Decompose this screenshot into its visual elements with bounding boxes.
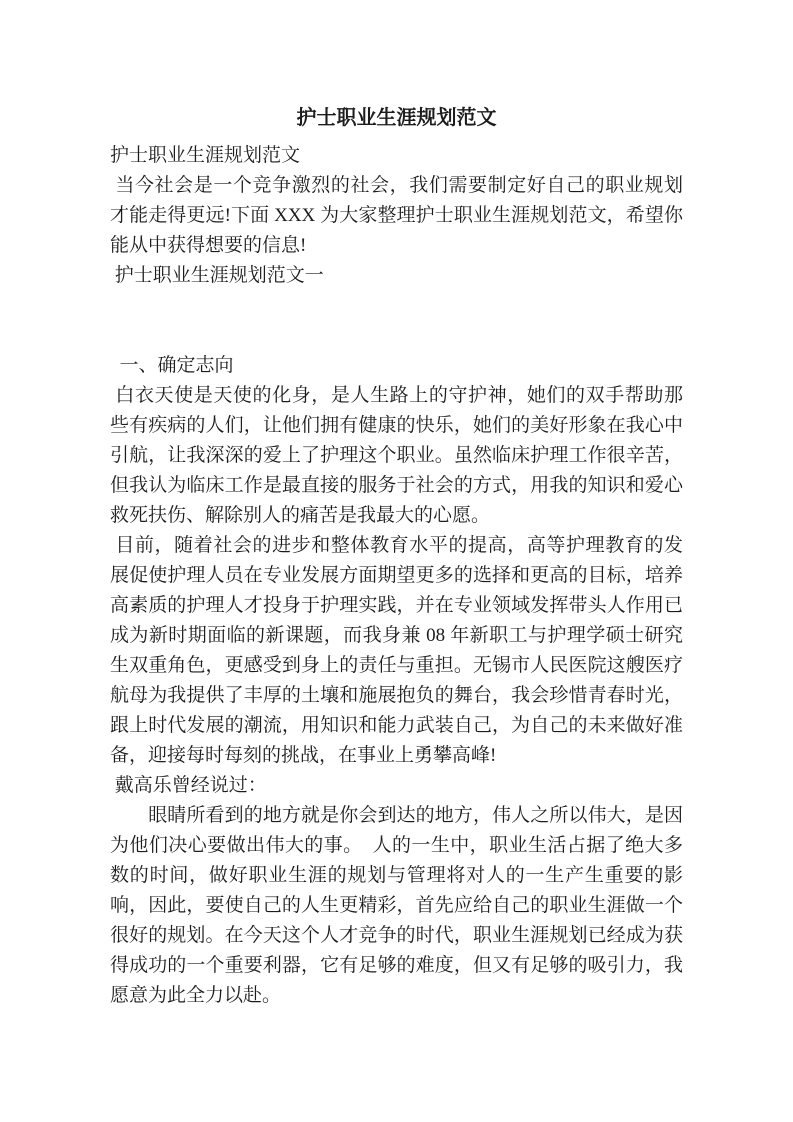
paragraph-angel: 白衣天使是天使的化身，是人生路上的守护神，她们的双手帮助那些有疾病的人们，让他们… <box>110 381 683 531</box>
document-page: 护士职业生涯规划范文 护士职业生涯规划范文 当今社会是一个竞争激烈的社会，我们需… <box>0 0 793 1122</box>
paragraph-intro: 当今社会是一个竞争激烈的社会，我们需要制定好自己的职业规划才能走得更远!下面 X… <box>110 171 683 261</box>
blank-line <box>110 291 683 321</box>
blank-line <box>110 321 683 351</box>
paragraph-quote-and-career: 眼睛所看到的地方就是你会到达的地方，伟人之所以伟大，是因为他们决心要做出伟大的事… <box>110 801 683 1011</box>
paragraph-quote-attribution: 戴高乐曾经说过： <box>110 771 683 801</box>
paragraph-subtitle: 护士职业生涯规划范文 <box>110 141 683 171</box>
paragraph-current-situation: 目前，随着社会的进步和整体教育水平的提高，高等护理教育的发展促使护理人员在专业发… <box>110 531 683 771</box>
section-heading-determine-ambition: 一、确定志向 <box>110 351 683 381</box>
paragraph-sample-one-label: 护士职业生涯规划范文一 <box>110 261 683 291</box>
document-title: 护士职业生涯规划范文 <box>110 103 683 133</box>
